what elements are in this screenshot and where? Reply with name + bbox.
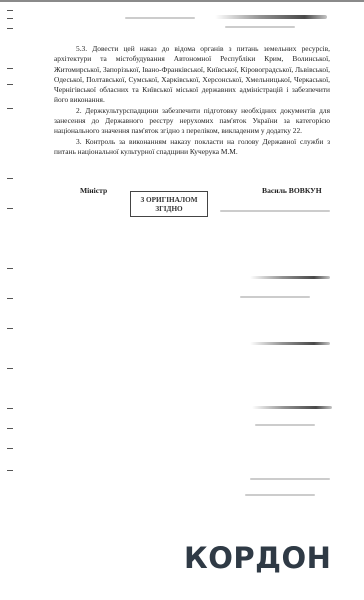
paragraph-3: 3. Контроль за виконанням наказу покласт… [54, 137, 330, 158]
scan-artifact [215, 15, 327, 19]
scan-artifact [250, 342, 330, 345]
paragraph-5-3: 5.3. Довести цей наказ до відома органів… [54, 44, 330, 106]
page-top-edge [0, 0, 364, 2]
scan-artifact [240, 296, 310, 298]
scan-artifact [125, 17, 195, 19]
scan-binding-edge [7, 8, 13, 588]
paragraph-2: 2. Держкультурспадщини забезпечити підго… [54, 106, 330, 137]
kordon-logo: КОРДОН [184, 541, 331, 575]
stamp-line-1: З ОРИГІНАЛОМ [131, 196, 207, 205]
scan-artifact [252, 406, 332, 409]
stamp-line-2: ЗГІДНО [131, 205, 207, 214]
logo-text: КОРДОН [184, 541, 331, 575]
scan-artifact [250, 478, 330, 480]
document-body: 5.3. Довести цей наказ до відома органів… [54, 44, 330, 157]
scan-artifact [220, 210, 330, 212]
scan-artifact [250, 276, 330, 279]
scan-artifact [255, 424, 315, 426]
signature-name: Василь ВОВКУН [262, 186, 322, 195]
certification-stamp: З ОРИГІНАЛОМ ЗГІДНО [130, 191, 208, 217]
scan-artifact [225, 26, 295, 28]
signature-title: Міністр [80, 186, 107, 195]
scan-artifact [245, 494, 315, 496]
